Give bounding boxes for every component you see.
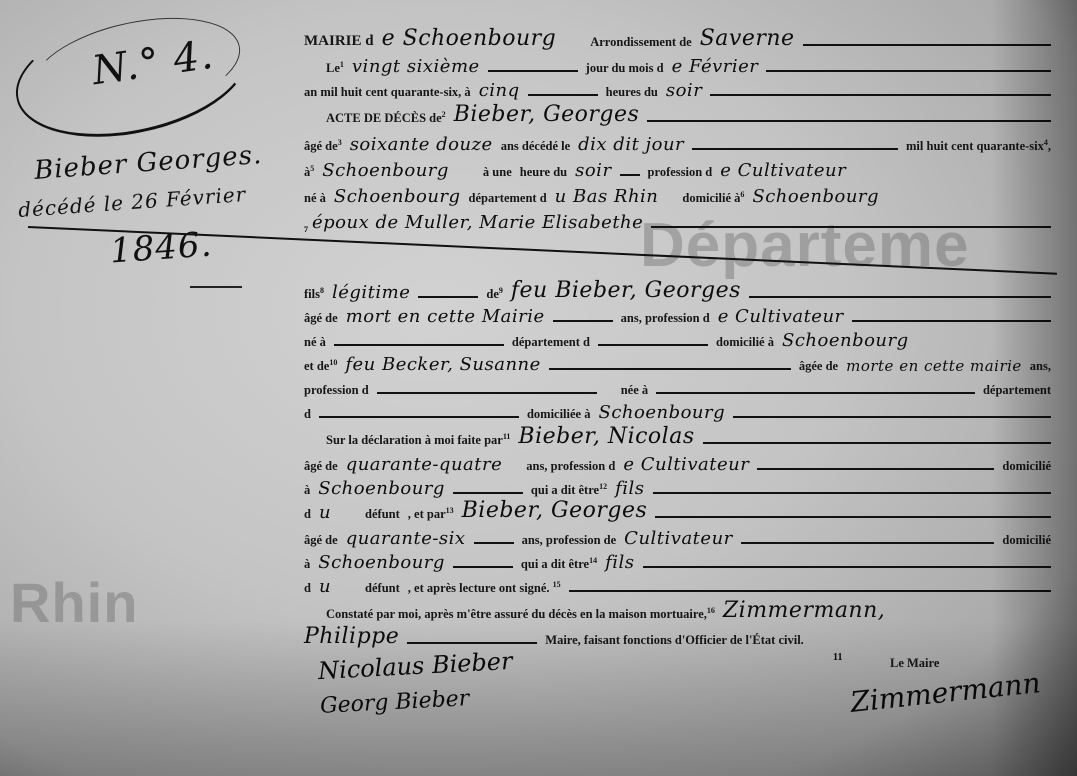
mother-prof-line: profession d née à département xyxy=(300,376,1055,400)
father-age-value: mort en cette Mairie xyxy=(346,306,545,328)
second-prof-label: ans, profession de xyxy=(522,533,617,550)
age-value: soixante douze xyxy=(350,134,493,156)
deceded-label: ans décédé le xyxy=(501,139,570,156)
father-dept-label: département d xyxy=(512,335,590,352)
attestation-line: Constaté par moi, après m'être assuré du… xyxy=(300,600,1055,624)
domicilie-label: domicilié xyxy=(1002,459,1051,476)
closing-label: , et après lecture ont signé. 15 xyxy=(408,580,561,598)
jour-label: jour du mois d xyxy=(586,61,664,78)
second-declarant-line: d u défunt , et par13 Bieber, Georges xyxy=(300,500,1055,524)
blank-rule xyxy=(852,320,1051,322)
first-dom-value: Schoenbourg xyxy=(318,478,445,500)
blank-rule xyxy=(643,566,1051,568)
signature-nicolaus-bieber: Nicolaus Bieber xyxy=(317,647,513,685)
acte-label: ACTE DE DÉCÈS de2 xyxy=(326,110,446,128)
year-text: an mil huit cent quarante-six, à xyxy=(304,85,471,102)
attestation-text: Constaté par moi, après m'être assuré du… xyxy=(326,606,715,624)
second-age-value: quarante-six xyxy=(346,528,466,550)
mother-dom-label: domiciliée à xyxy=(527,407,591,424)
defunt-label: défunt xyxy=(365,507,400,524)
arrondissement-value: Saverne xyxy=(700,26,795,52)
hour-value: cinq xyxy=(479,80,520,102)
blank-rule xyxy=(655,516,1051,518)
footnote-mark: 11 xyxy=(833,652,842,663)
born-line: né à Schoenbourg département d u Bas Rhi… xyxy=(300,184,1055,208)
age-label: âgé de3 xyxy=(304,138,342,156)
blank-rule xyxy=(749,296,1051,298)
first-d-value: u xyxy=(319,502,331,524)
declaration-line: Sur la déclaration à moi faite par11 Bie… xyxy=(300,426,1055,450)
blank-rule xyxy=(598,344,708,346)
first-prof-value: e Cultivateur xyxy=(623,454,749,476)
blank-rule xyxy=(647,120,1051,122)
fils-value: légitime xyxy=(332,282,410,304)
second-relation-label: qui a dit être14 xyxy=(521,556,597,574)
blank-rule xyxy=(766,70,1051,72)
mother-label: et de10 xyxy=(304,358,337,376)
margin-death-date: décédé le 26 Février xyxy=(17,182,246,222)
mairie-label: MAIRIE d xyxy=(304,33,374,52)
mother-dom-value: Schoenbourg xyxy=(598,402,725,424)
hour-period: soir xyxy=(575,160,611,182)
first-age-value: quarante-quatre xyxy=(346,454,503,476)
deceded-value: dix dit jour xyxy=(578,134,684,156)
blank-rule xyxy=(651,226,1051,228)
year-hour-line: an mil huit cent quarante-six, à cinq he… xyxy=(300,78,1055,102)
second-declarant-name: Bieber, Georges xyxy=(462,498,648,524)
blank-rule xyxy=(418,296,478,298)
born-place: Schoenbourg xyxy=(334,186,461,208)
mairie-line: MAIRIE d e Schoenbourg Arrondissement de… xyxy=(300,28,1055,52)
at-label: à5 xyxy=(304,164,314,182)
father-dom-value: Schoenbourg xyxy=(782,330,909,352)
second-declarant-dom-line: à Schoenbourg qui a dit être14 fils xyxy=(300,550,1055,574)
profession-value: e Cultivateur xyxy=(720,160,846,182)
mairie-value: e Schoenbourg xyxy=(382,26,557,52)
blank-rule xyxy=(528,94,598,96)
month-value: e Février xyxy=(672,56,759,78)
signature-georg-bieber: Georg Bieber xyxy=(319,686,469,719)
deceased-name: Bieber, Georges xyxy=(454,102,640,128)
second-d-label: d xyxy=(304,581,311,598)
profession-label: profession d xyxy=(648,165,713,182)
margin-dash xyxy=(190,286,242,288)
second-label: , et par13 xyxy=(408,506,454,524)
mother-value: feu Becker, Susanne xyxy=(345,354,540,376)
death-place: Schoenbourg xyxy=(322,160,449,182)
closing-line: d u défunt , et après lecture ont signé.… xyxy=(300,574,1055,598)
second-relation-value: fils xyxy=(605,552,634,574)
blank-rule xyxy=(803,44,1051,46)
blank-rule xyxy=(653,492,1051,494)
blank-rule xyxy=(733,416,1051,418)
domicile-value: Schoenbourg xyxy=(752,186,879,208)
departement-label: département d xyxy=(469,191,547,208)
blank-rule xyxy=(553,320,613,322)
hour-at: à une xyxy=(483,165,512,182)
place-hour-line: à5 Schoenbourg à une heure du soir profe… xyxy=(300,158,1055,182)
second-d-value: u xyxy=(319,576,331,598)
blank-rule xyxy=(757,468,994,470)
blank-rule xyxy=(453,492,523,494)
first-declarant-name: Bieber, Nicolas xyxy=(518,424,694,450)
declaration-intro: Sur la déclaration à moi faite par11 xyxy=(326,432,510,450)
spouse-line: 7 époux de Muller, Marie Elisabethe xyxy=(300,210,1055,234)
first-at-label: à xyxy=(304,483,310,500)
first-relation-value: fils xyxy=(615,478,644,500)
signature-maire: Zimmermann xyxy=(849,666,1042,719)
blank-rule xyxy=(474,542,514,544)
death-year-text: mil huit cent quarante-six4, xyxy=(906,138,1051,156)
father-born-line: né à département d domicilié à Schoenbou… xyxy=(300,328,1055,352)
watermark-rhin: Rhin xyxy=(10,570,138,635)
blank-rule xyxy=(319,416,519,418)
blank-rule xyxy=(453,566,513,568)
maire-name: Zimmermann, xyxy=(723,598,885,624)
blank-rule xyxy=(407,642,537,644)
date-line: Le1 vingt sixième jour du mois d e Févri… xyxy=(300,54,1055,78)
heures-label: heures du xyxy=(606,85,658,102)
defunt-label-2: défunt xyxy=(365,581,400,598)
father-prof-label: ans, profession d xyxy=(621,311,710,328)
second-dom-value: Schoenbourg xyxy=(318,552,445,574)
le-maire-label: Le Maire xyxy=(890,656,939,671)
father-born-label: né à xyxy=(304,335,326,352)
mother-dom-line: d domiciliée à Schoenbourg xyxy=(300,400,1055,424)
maire-line: Philippe Maire, faisant fonctions d'Offi… xyxy=(300,626,1055,650)
first-prof-label: ans, profession d xyxy=(526,459,615,476)
day-value: vingt sixième xyxy=(352,56,480,78)
blank-rule xyxy=(569,590,1051,592)
born-label: né à xyxy=(304,191,326,208)
mother-dept-label: département xyxy=(983,383,1051,400)
blank-rule xyxy=(488,70,578,72)
scanned-death-record: Départeme Rhin N.° 4. Bieber Georges. dé… xyxy=(0,0,1077,776)
second-prof-value: Cultivateur xyxy=(624,528,733,550)
period-value: soir xyxy=(666,80,702,102)
hour-label: heure du xyxy=(520,165,567,182)
mother-prof-label: profession d xyxy=(304,383,369,400)
spouse-value: époux de Muller, Marie Elisabethe xyxy=(312,212,643,234)
mother-born-label: née à xyxy=(621,383,648,400)
maire-role: Maire, faisant fonctions d'Officier de l… xyxy=(545,633,804,650)
father-age-label: âgé de xyxy=(304,311,338,328)
second-age-label: âgé de xyxy=(304,533,338,550)
mother-ans-label: ans, xyxy=(1030,359,1051,376)
maire-first-name: Philippe xyxy=(304,624,399,650)
acte-line: ACTE DE DÉCÈS de2 Bieber, Georges xyxy=(300,104,1055,128)
father-age-line: âgé de mort en cette Mairie ans, profess… xyxy=(300,304,1055,328)
le-label: Le1 xyxy=(326,60,344,78)
blank-rule xyxy=(710,94,1051,96)
mother-line: et de10 feu Becker, Susanne âgée de mort… xyxy=(300,352,1055,376)
mother-age-value: morte en cette mairie xyxy=(846,357,1022,376)
blank-rule xyxy=(656,392,975,394)
father-dom-label: domicilié à xyxy=(716,335,774,352)
domicilie-label-2: domicilié xyxy=(1002,533,1051,550)
first-age-label: âgé de xyxy=(304,459,338,476)
blank-rule xyxy=(549,368,791,370)
mother-d-label: d xyxy=(304,407,311,424)
father-value: feu Bieber, Georges xyxy=(511,278,741,304)
second-declarant-age-line: âgé de quarante-six ans, profession de C… xyxy=(300,526,1055,550)
father-label: de9 xyxy=(486,286,503,304)
first-declarant-dom-line: à Schoenbourg qui a dit être12 fils xyxy=(300,476,1055,500)
father-prof-value: e Cultivateur xyxy=(718,306,844,328)
fils-label: fils8 xyxy=(304,286,324,304)
margin-deceased-name: Bieber Georges. xyxy=(33,140,263,186)
departement-value: u Bas Rhin xyxy=(555,186,659,208)
blank-rule xyxy=(334,344,504,346)
blank-rule xyxy=(620,174,640,176)
first-d-label: d xyxy=(304,507,311,524)
fils-line: fils8 légitime de9 feu Bieber, Georges xyxy=(300,280,1055,304)
domicile-label: domicilié à6 xyxy=(682,190,744,208)
mother-age-label: âgée de xyxy=(799,359,838,376)
arrondissement-label: Arrondissement de xyxy=(590,35,692,52)
blank-rule xyxy=(377,392,597,394)
blank-rule xyxy=(703,442,1051,444)
second-at-label: à xyxy=(304,557,310,574)
blank-rule xyxy=(692,148,898,150)
age-death-line: âgé de3 soixante douze ans décédé le dix… xyxy=(300,132,1055,156)
first-declarant-age-line: âgé de quarante-quatre ans, profession d… xyxy=(300,452,1055,476)
blank-rule xyxy=(741,542,995,544)
